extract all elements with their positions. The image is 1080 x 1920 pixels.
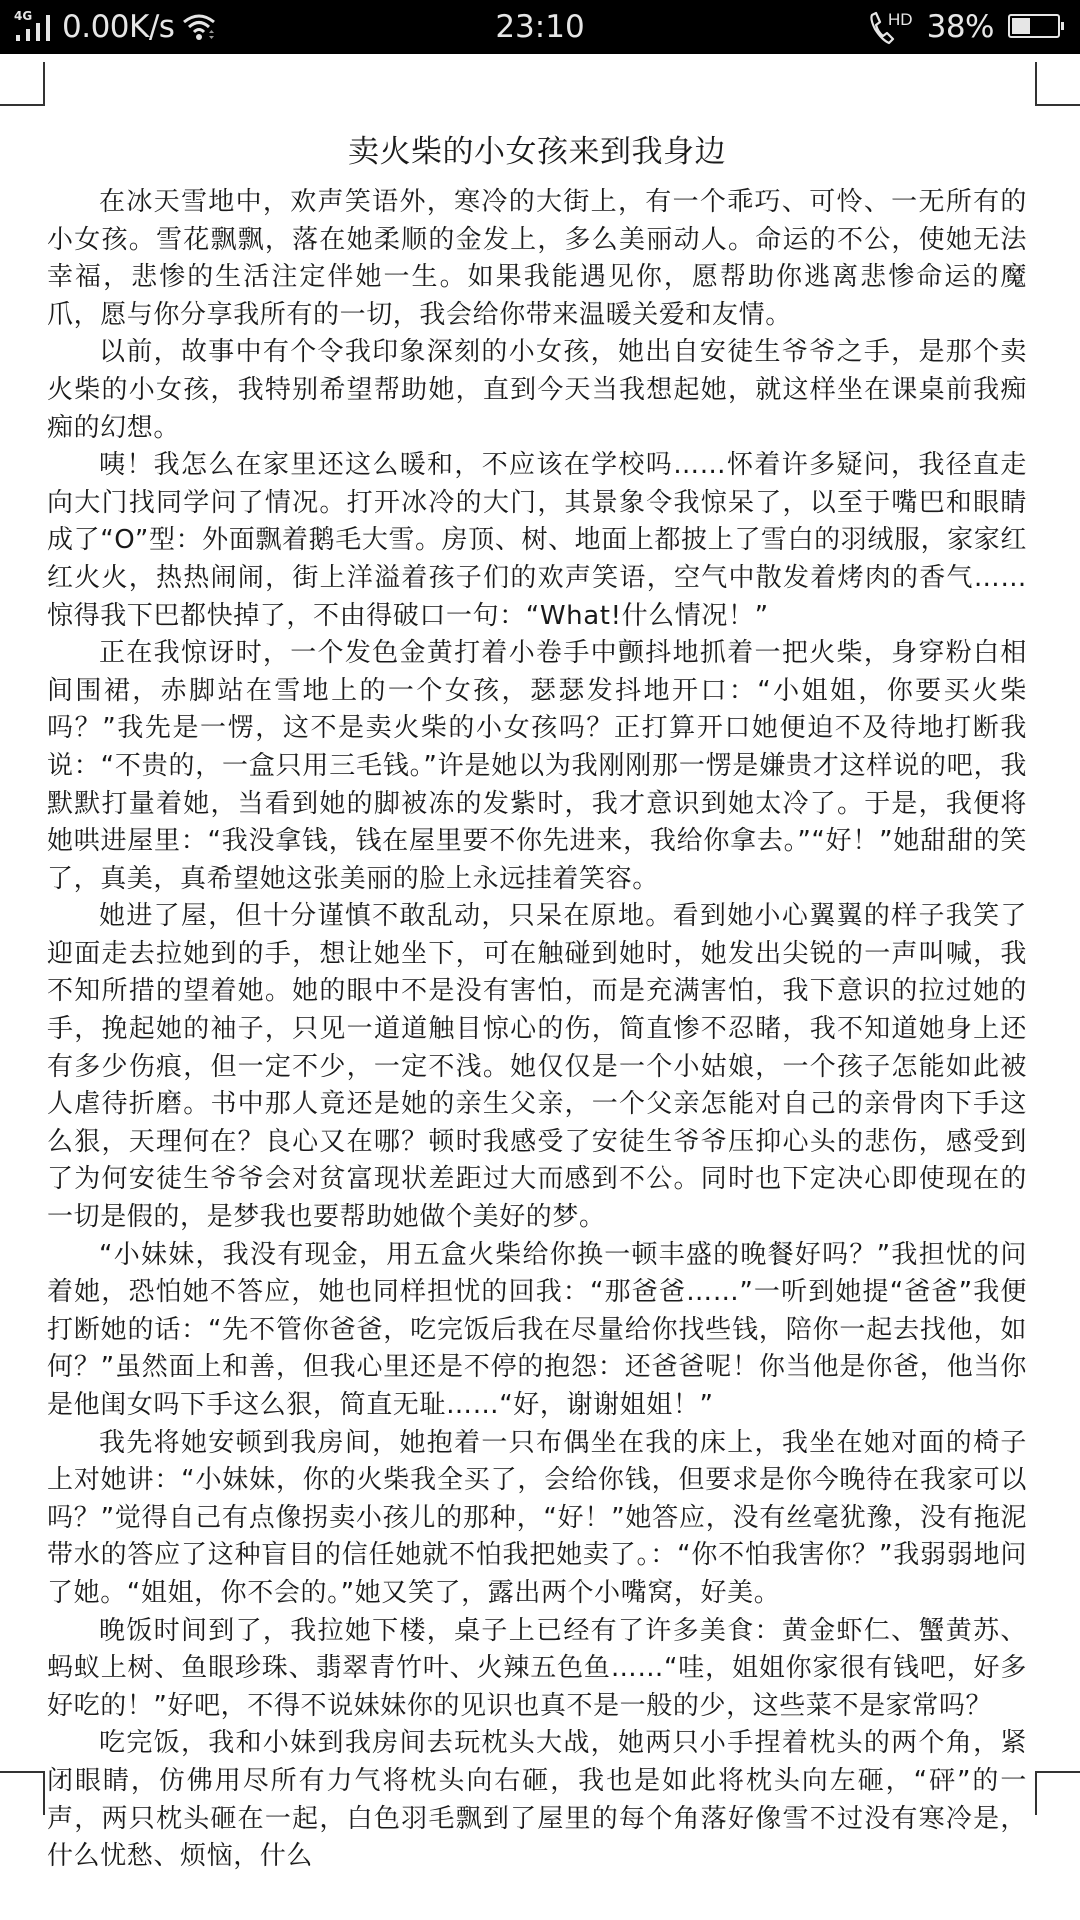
battery-icon xyxy=(1008,14,1066,40)
status-bar-left: 4G 0.00K/s xyxy=(14,0,216,54)
crop-mark-top-left xyxy=(0,62,45,106)
document-title: 卖火柴的小女孩来到我身边 xyxy=(47,128,1027,176)
wifi-icon xyxy=(182,12,216,42)
svg-text:HD: HD xyxy=(888,10,913,29)
paragraph: 吃完饭，我和小妹到我房间去玩枕头大战，她两只小手捏着枕头的两个角，紧闭眼睛，仿佛… xyxy=(47,1725,1027,1875)
clock-time: 23:10 xyxy=(495,9,584,45)
paragraph: 咦！我怎么在家里还这么暖和，不应该在学校吗……怀着许多疑问，我径直走向大门找同学… xyxy=(47,447,1027,635)
status-bar: 4G 0.00K/s 23:10 HD 38% xyxy=(0,0,1080,54)
signal-icon: 4G xyxy=(14,9,56,45)
hd-call-icon: HD xyxy=(867,7,917,47)
crop-mark-bottom-right xyxy=(1035,1771,1080,1815)
document-page: 卖火柴的小女孩来到我身边 在冰天雪地中，欢声笑语外，寒冷的大街上，有一个乖巧、可… xyxy=(47,128,1027,1876)
crop-mark-top-right xyxy=(1035,62,1080,106)
network-speed: 0.00K/s xyxy=(62,9,174,45)
paragraph: 在冰天雪地中，欢声笑语外，寒冷的大街上，有一个乖巧、可怜、一无所有的小女孩。雪花… xyxy=(47,184,1027,334)
battery-percent: 38% xyxy=(927,9,994,45)
paragraph: 晚饭时间到了，我拉她下楼，桌子上已经有了许多美食：黄金虾仁、蟹黄苏、蚂蚁上树、鱼… xyxy=(47,1613,1027,1726)
document-body: 在冰天雪地中，欢声笑语外，寒冷的大街上，有一个乖巧、可怜、一无所有的小女孩。雪花… xyxy=(47,184,1027,1876)
paragraph: 她进了屋，但十分谨慎不敢乱动，只呆在原地。看到她小心翼翼的样子我笑了迎面走去拉她… xyxy=(47,898,1027,1236)
network-type-label: 4G xyxy=(14,9,32,23)
paragraph: 正在我惊讶时，一个发色金黄打着小卷手中颤抖地抓着一把火柴，身穿粉白相间围裙，赤脚… xyxy=(47,635,1027,898)
status-bar-right: HD 38% xyxy=(867,0,1066,54)
crop-mark-bottom-left xyxy=(0,1771,45,1815)
paragraph: 以前，故事中有个令我印象深刻的小女孩，她出自安徒生爷爷之手，是那个卖火柴的小女孩… xyxy=(47,334,1027,447)
paragraph: “小妹妹，我没有现金，用五盒火柴给你换一顿丰盛的晚餐好吗？”我担忧的问着她，恐怕… xyxy=(47,1237,1027,1425)
paragraph: 我先将她安顿到我房间，她抱着一只布偶坐在我的床上，我坐在她对面的椅子上对她讲：“… xyxy=(47,1425,1027,1613)
